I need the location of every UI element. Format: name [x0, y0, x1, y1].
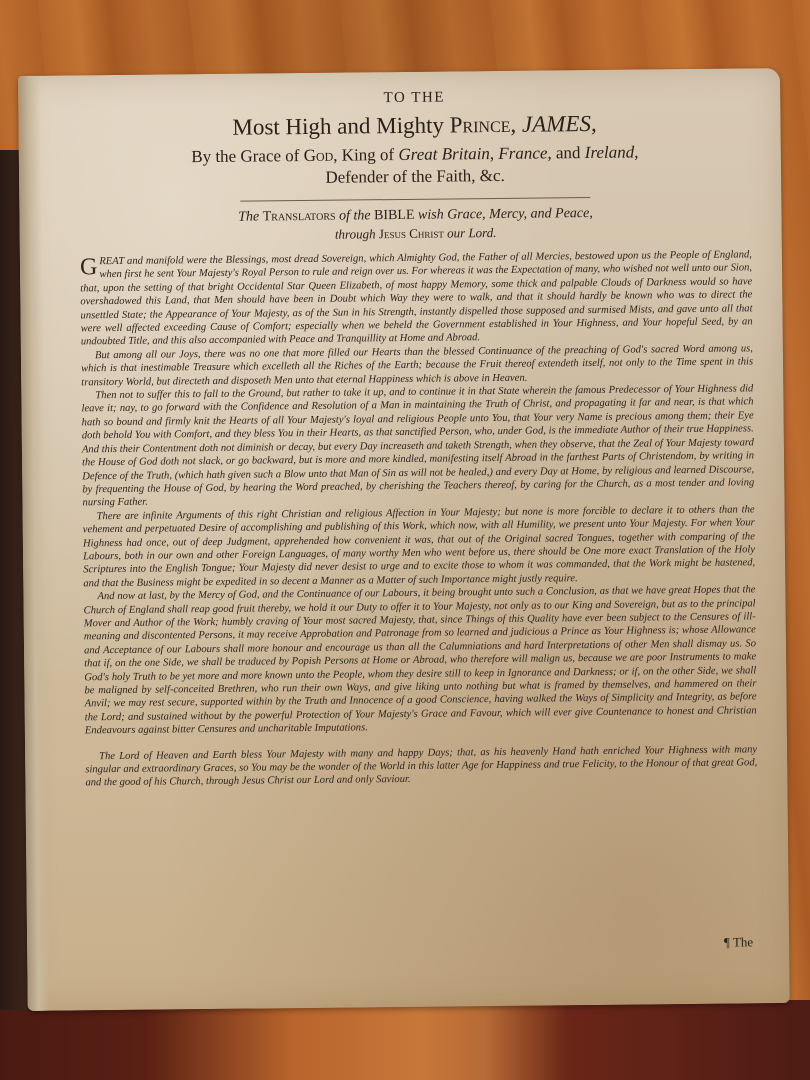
- page-content: TO THE Most High and Mighty Prince, JAME…: [78, 80, 757, 790]
- translators-mid: of the: [335, 208, 374, 223]
- subtitle-part2: , King of: [333, 145, 398, 165]
- translators-post: wish Grace, Mercy, and Peace,: [414, 206, 592, 223]
- dedication-body: GREAT and manifold were the Blessings, m…: [80, 248, 758, 790]
- heading-small: TO THE: [78, 86, 750, 110]
- subtitle-sep2: , and: [547, 143, 584, 162]
- closing-paragraph: The Lord of Heaven and Earth bless Your …: [85, 743, 757, 790]
- paragraph-3: Then not to suffer this to fall to the G…: [81, 382, 754, 510]
- heading-main: Most High and Mighty Prince, JAMES,: [78, 109, 750, 142]
- translators-bible: BIBLE: [374, 208, 415, 223]
- translators-word: Translators: [263, 209, 336, 225]
- heading-prefix: Most High and Mighty: [232, 112, 449, 139]
- subtitle-realm2: France: [498, 143, 547, 163]
- heading-comma: ,: [510, 112, 522, 137]
- translators-pre: The: [238, 209, 263, 224]
- through-post: our Lord.: [444, 225, 497, 241]
- heading-title: Prince: [450, 112, 511, 138]
- subtitle-part1: By the Grace of: [191, 146, 304, 166]
- catchword: ¶ The: [724, 934, 753, 950]
- paragraph-5: And now at last, by the Mercy of God, an…: [83, 583, 757, 737]
- heading-name: JAMES,: [522, 111, 597, 137]
- drop-cap: G: [80, 257, 98, 277]
- book-page: TO THE Most High and Mighty Prince, JAME…: [18, 68, 790, 1011]
- divider-rule: [241, 197, 590, 202]
- paragraph-1-text: REAT and manifold were the Blessings, mo…: [80, 249, 752, 347]
- subtitle-sep1: ,: [490, 144, 499, 163]
- through-pre: through: [335, 226, 379, 241]
- subtitle-end: ,: [634, 142, 638, 161]
- subtitle-realm1: Great Britain: [398, 144, 490, 164]
- paragraph-1: GREAT and manifold were the Blessings, m…: [80, 248, 753, 349]
- paragraph-4: There are infinite Arguments of this rig…: [83, 503, 756, 590]
- wooden-floor-bottom: [0, 1000, 810, 1080]
- defender-line: Defender of the Faith, &c.: [79, 163, 751, 190]
- paragraph-2: But among all our Joys, there was no one…: [81, 342, 753, 389]
- subtitle-god: God: [304, 146, 334, 165]
- subtitle-realm3: Ireland: [585, 143, 635, 163]
- through-jesus: Jesus Christ: [379, 226, 444, 242]
